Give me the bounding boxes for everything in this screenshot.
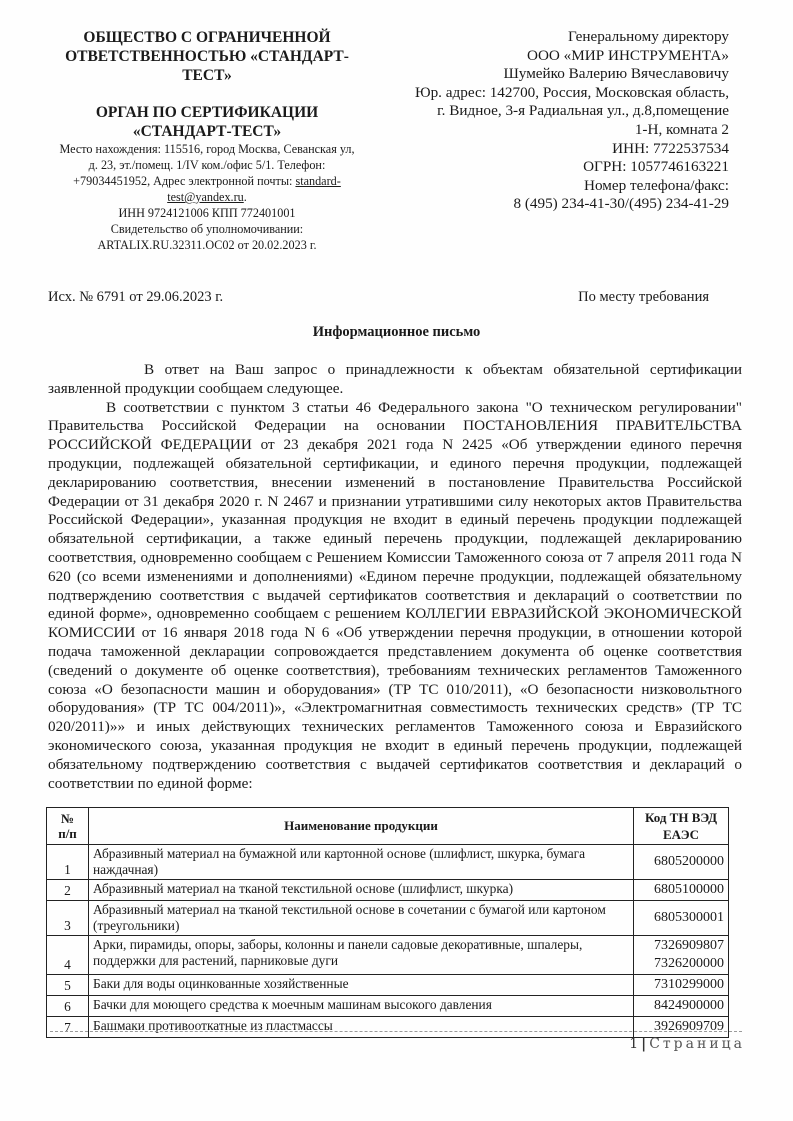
- code-value: 3926909709: [638, 1018, 724, 1036]
- code-value: 7326909807: [638, 937, 724, 955]
- org-name-line: ОТВЕТСТВЕННОСТЬЮ «СТАНДАРТ-: [48, 47, 366, 66]
- footer-divider: [50, 1031, 742, 1032]
- page-label: Страница: [649, 1036, 745, 1052]
- row-number: 6: [47, 996, 89, 1017]
- recipient-line: Генеральному директору: [369, 28, 729, 47]
- sender-contact-line: +79034451952, Адрес электронной почты: s…: [48, 173, 366, 189]
- cert-body-line: «СТАНДАРТ-ТЕСТ»: [48, 122, 366, 141]
- code-value: 7326200000: [638, 955, 724, 973]
- code-value: 6805200000: [638, 853, 724, 871]
- product-code: 3926909709: [634, 1017, 729, 1038]
- product-name: Арки, пирамиды, опоры, заборы, колонны и…: [89, 936, 634, 975]
- sender-email-line: test@yandex.ru.: [48, 189, 366, 205]
- code-value: 8424900000: [638, 997, 724, 1015]
- row-number: 5: [47, 975, 89, 996]
- document-page: ОБЩЕСТВО С ОГРАНИЧЕННОЙ ОТВЕТСТВЕННОСТЬЮ…: [0, 0, 793, 1121]
- header-number: № п/п: [47, 808, 89, 845]
- certificate-label: Свидетельство об уполномочивании:: [48, 221, 366, 237]
- sender-address-line: Место нахождения: 115516, город Москва, …: [48, 141, 366, 157]
- recipient-line: ИНН: 7722537534: [369, 140, 729, 159]
- email-link-continued[interactable]: test@yandex.ru: [167, 190, 244, 204]
- recipient-line: ОГРН: 1057746163221: [369, 158, 729, 177]
- punctuation: .: [244, 190, 247, 204]
- cert-body-name: ОРГАН ПО СЕРТИФИКАЦИИ «СТАНДАРТ-ТЕСТ»: [48, 103, 366, 141]
- table-row: 1 Абразивный материал на бумажной или ка…: [47, 845, 729, 880]
- products-table: № п/п Наименование продукции Код ТН ВЭД …: [46, 807, 729, 1038]
- header-product-name: Наименование продукции: [89, 808, 634, 845]
- recipient-line: Шумейко Валерию Вячеславовичу: [369, 65, 729, 84]
- table-row: 2 Абразивный материал на тканой текстиль…: [47, 880, 729, 901]
- product-code: 7310299000: [634, 975, 729, 996]
- org-name-line: ОБЩЕСТВО С ОГРАНИЧЕННОЙ: [48, 28, 366, 47]
- sender-phone: +79034451952, Адрес электронной почты:: [73, 174, 295, 188]
- footer-separator: |: [641, 1036, 646, 1052]
- recipient-line: ООО «МИР ИНСТРУМЕНТА»: [369, 47, 729, 66]
- code-value: 7310299000: [638, 976, 724, 994]
- header-text: ЕАЭС: [638, 826, 724, 843]
- recipient-line: Номер телефона/факс:: [369, 177, 729, 196]
- table-row: 7 Башмаки противооткатные из пластмассы …: [47, 1017, 729, 1038]
- certificate-value: ARTALIX.RU.32311.ОС02 от 20.02.2023 г.: [48, 237, 366, 253]
- product-code: 6805200000: [634, 845, 729, 880]
- product-name: Абразивный материал на бумажной или карт…: [89, 845, 634, 880]
- page-footer: 1|Страница: [629, 1036, 745, 1052]
- product-name: Башмаки противооткатные из пластмассы: [89, 1017, 634, 1038]
- recipient-line: Юр. адрес: 142700, Россия, Московская об…: [369, 84, 729, 103]
- code-value: 6805100000: [638, 881, 724, 899]
- row-number: 4: [47, 936, 89, 975]
- sender-inn-kpp: ИНН 9724121006 КПП 772401001: [48, 205, 366, 221]
- product-name: Бачки для моющего средства к моечным маш…: [89, 996, 634, 1017]
- code-value: 6805300001: [638, 909, 724, 927]
- row-number: 2: [47, 880, 89, 901]
- outgoing-number: Исх. № 6791 от 29.06.2023 г.: [48, 289, 223, 306]
- table-header-row: № п/п Наименование продукции Код ТН ВЭД …: [47, 808, 729, 845]
- product-name: Абразивный материал на тканой текстильно…: [89, 880, 634, 901]
- sender-address-line: д. 23, эт./помещ. 1/IV ком./офис 5/1. Те…: [48, 157, 366, 173]
- page-number: 1: [629, 1036, 638, 1052]
- table-row: 5 Баки для воды оцинкованные хозяйственн…: [47, 975, 729, 996]
- table-row: 6 Бачки для моющего средства к моечным м…: [47, 996, 729, 1017]
- paragraph: В ответ на Ваш запрос о принадлежности к…: [48, 361, 742, 399]
- product-code: 6805100000: [634, 880, 729, 901]
- sender-block: ОБЩЕСТВО С ОГРАНИЧЕННОЙ ОТВЕТСТВЕННОСТЬЮ…: [48, 28, 366, 253]
- recipient-line: 8 (495) 234-41-30/(495) 234-41-29: [369, 195, 729, 214]
- email-link[interactable]: standard-: [295, 174, 340, 188]
- header-text: Код ТН ВЭД: [638, 809, 724, 826]
- header-code: Код ТН ВЭД ЕАЭС: [634, 808, 729, 845]
- recipient-line: 1-Н, комната 2: [369, 121, 729, 140]
- header-text: №: [51, 811, 84, 826]
- product-code: 8424900000: [634, 996, 729, 1017]
- recipient-line: г. Видное, 3-я Радиальная ул., д.8,помещ…: [369, 102, 729, 121]
- paragraph: В соответствии с пунктом 3 статьи 46 Фед…: [48, 399, 742, 794]
- product-name: Баки для воды оцинкованные хозяйственные: [89, 975, 634, 996]
- row-number: 7: [47, 1017, 89, 1038]
- product-code: 7326909807 7326200000: [634, 936, 729, 975]
- row-number: 3: [47, 901, 89, 936]
- product-code: 6805300001: [634, 901, 729, 936]
- header-text: п/п: [51, 826, 84, 841]
- cert-body-line: ОРГАН ПО СЕРТИФИКАЦИИ: [48, 103, 366, 122]
- org-name-line: ТЕСТ»: [48, 66, 366, 85]
- row-number: 1: [47, 845, 89, 880]
- sender-org-name: ОБЩЕСТВО С ОГРАНИЧЕННОЙ ОТВЕТСТВЕННОСТЬЮ…: [48, 28, 366, 85]
- letter-body: В ответ на Ваш запрос о принадлежности к…: [48, 361, 742, 793]
- letter-title: Информационное письмо: [0, 324, 793, 341]
- destination: По месту требования: [578, 289, 709, 306]
- table-row: 3 Абразивный материал на тканой текстиль…: [47, 901, 729, 936]
- product-name: Абразивный материал на тканой текстильно…: [89, 901, 634, 936]
- sender-details: Место нахождения: 115516, город Москва, …: [48, 141, 366, 253]
- recipient-block: Генеральному директору ООО «МИР ИНСТРУМЕ…: [369, 28, 729, 214]
- table-row: 4 Арки, пирамиды, опоры, заборы, колонны…: [47, 936, 729, 975]
